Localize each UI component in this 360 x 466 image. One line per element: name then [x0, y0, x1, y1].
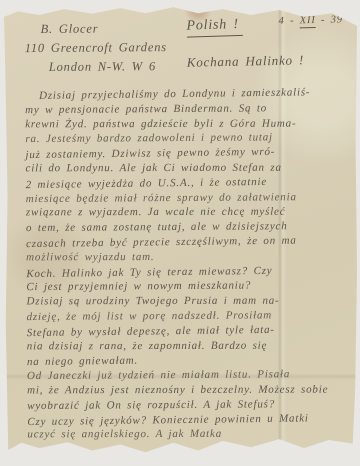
- date-month: XII: [300, 15, 316, 28]
- letter-line: uczyć się angielskiego. A jak Matka: [27, 427, 354, 443]
- letter-line: mi, że Andzius jest nieznośny i bezczeln…: [27, 382, 354, 398]
- letter-line: krewni Żyd. państwa gdzieście byli z Gór…: [25, 116, 352, 132]
- sender-address: B. Glocer 110 Greencroft Gardens London …: [25, 19, 168, 77]
- letter-line: Dzisiaj są urodziny Twojego Prusia i mam…: [26, 294, 353, 310]
- language-annotation: Polish !: [186, 17, 243, 38]
- date-day: 4 -: [278, 15, 294, 26]
- sender-city: London N-W. W 6: [49, 57, 167, 77]
- letter-content: B. Glocer 110 Greencroft Gardens London …: [2, 4, 358, 461]
- sender-street: 110 Greencroft Gardens: [25, 38, 167, 58]
- salutation: Kochana Halinko !: [187, 52, 305, 70]
- letter-date: 4 - XII - 39: [278, 14, 343, 27]
- letter-body: Dzisiaj przyjechaliśmy do Londynu i zami…: [25, 86, 354, 443]
- scanned-letter-page: { "colors": { "background": "#e8e7e4", "…: [0, 0, 360, 466]
- letter-paper: B. Glocer 110 Greencroft Gardens London …: [4, 5, 357, 460]
- letter-line: Od Janeczki już tydzień nie miałam listu…: [27, 367, 354, 384]
- sender-name: B. Glocer: [41, 19, 167, 39]
- letter-line: związane z wyjazdem. Ja wcale nie chcę m…: [26, 205, 353, 221]
- date-year: - 39: [321, 14, 343, 26]
